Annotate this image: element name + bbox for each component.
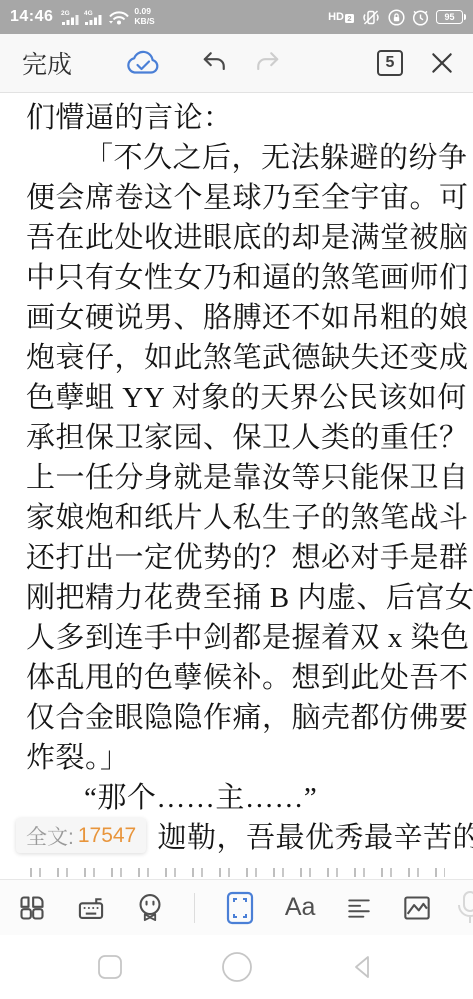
text-line: 人多到连手中剑都是握着双 x 染色 <box>26 618 449 658</box>
network-speed: 0.09 KB/S <box>134 7 154 27</box>
document-edit-area[interactable]: 们懵逼的言论：「不久之后，无法躲避的纷争便会席卷这个星球乃至全宇宙。可吾在此处收… <box>0 94 473 879</box>
text-line: “那个……主……” <box>26 778 449 818</box>
clock-time: 14:46 <box>10 8 53 26</box>
android-nav-bar <box>0 935 473 999</box>
text-line: 色孽蛆 YY 对象的天界公民该如何 <box>26 378 449 418</box>
text-line: 刚把精力花费至捅 B 内虚、后宫女 <box>26 578 449 618</box>
signal-4g-icon: 4G <box>84 9 102 26</box>
svg-text:4G: 4G <box>84 10 93 17</box>
text-line: 画女硬说男、胳膊还不如吊粗的娘 <box>26 298 449 338</box>
battery-icon: 95 <box>436 10 463 24</box>
done-button[interactable]: 完成 <box>22 45 72 81</box>
word-count-value: 17547 <box>78 824 136 848</box>
volte-hd-icon: HD 2 <box>328 11 354 23</box>
text-line: 承担保卫家园、保卫人类的重任？ <box>26 418 449 458</box>
emoji-face-icon[interactable] <box>136 893 164 923</box>
status-bar: 14:46 2G 4G 0.09 KB/S HD 2 <box>0 0 473 34</box>
svg-text:2G: 2G <box>61 10 70 17</box>
text-line: 便会席卷这个星球乃至全宇宙。可 <box>26 178 449 218</box>
text-line: 仅合金眼隐隐作痛，脑壳都仿佛要 <box>26 698 449 738</box>
clipped-text-line <box>26 858 449 879</box>
page-focus-icon[interactable] <box>226 891 254 925</box>
redo-icon[interactable] <box>254 50 282 76</box>
edit-toolbar: Aa <box>0 879 473 935</box>
text-line: 中只有女性女乃和逼的煞笔画师们 <box>26 258 449 298</box>
text-line: 还打出一定优势的？想必对手是群 <box>26 538 449 578</box>
word-count-badge: 全文: 17547 <box>16 818 146 853</box>
signal-2g-icon: 2G <box>61 9 79 26</box>
keyboard-icon[interactable] <box>77 894 105 922</box>
voice-mic-icon[interactable] <box>455 890 473 926</box>
alarm-clock-icon <box>412 9 429 26</box>
text-line: 炸裂。」 <box>26 738 449 778</box>
text-line: 吾在此处收进眼底的却是满堂被脑 <box>26 218 449 258</box>
text-line: 家娘炮和纸片人私生子的煞笔战斗 <box>26 498 449 538</box>
recents-button[interactable] <box>97 954 123 980</box>
font-format-button[interactable]: Aa <box>285 893 316 922</box>
tab-count-value: 5 <box>386 54 395 72</box>
wifi-icon <box>107 9 129 26</box>
tab-counter-button[interactable]: 5 <box>377 50 403 76</box>
cloud-sync-icon[interactable] <box>124 48 162 78</box>
back-button[interactable] <box>350 954 376 980</box>
text-line: 炮衰仔，如此煞笔武德缺失还变成 <box>26 338 449 378</box>
text-line: 们懵逼的言论： <box>26 98 449 138</box>
vibrate-mute-icon <box>361 9 381 26</box>
rotation-lock-icon <box>388 9 405 26</box>
editor-toolbar: 完成 5 <box>0 34 473 93</box>
toolbar-divider <box>194 893 195 923</box>
document-text: 们懵逼的言论：「不久之后，无法躲避的纷争便会席卷这个星球乃至全宇宙。可吾在此处收… <box>26 98 449 818</box>
paragraph-align-icon[interactable] <box>346 895 372 921</box>
tools-grid-icon[interactable] <box>18 894 46 922</box>
home-button[interactable] <box>221 951 253 983</box>
close-icon[interactable] <box>429 50 455 76</box>
text-line: 上一任分身就是靠汝等只能保卫自 <box>26 458 449 498</box>
insert-image-icon[interactable] <box>403 895 431 921</box>
text-line: 体乱甩的色孽候补。想到此处吾不 <box>26 658 449 698</box>
text-line: 「不久之后，无法躲避的纷争 <box>26 138 449 178</box>
undo-icon[interactable] <box>200 50 228 76</box>
word-count-label: 全文: <box>26 821 74 851</box>
